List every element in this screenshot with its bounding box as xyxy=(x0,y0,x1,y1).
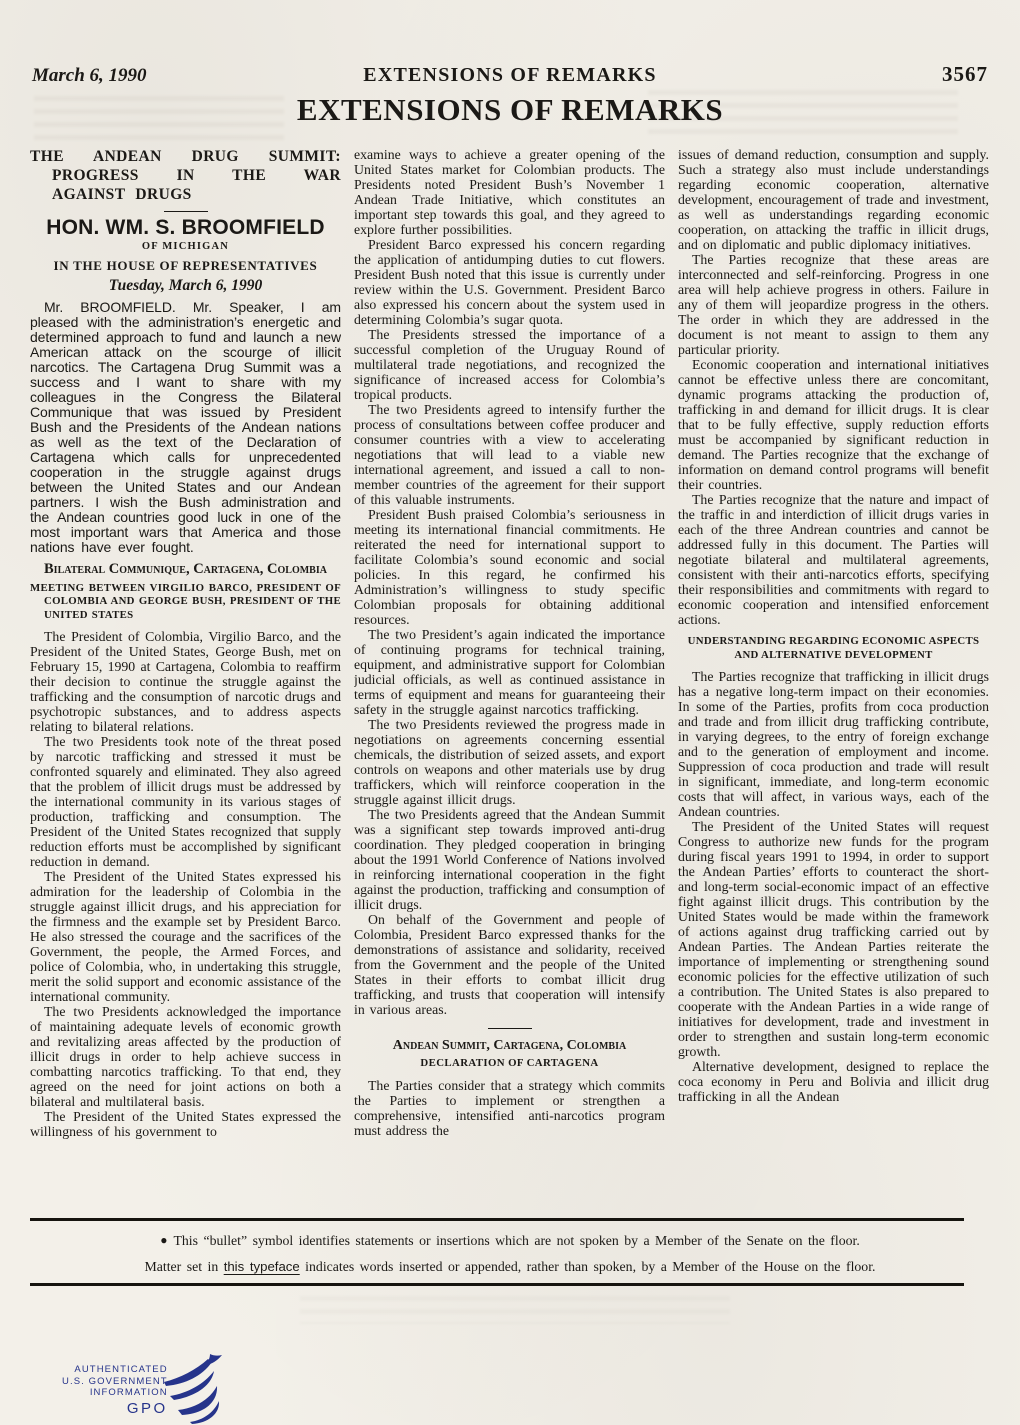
declaration-paragraph: issues of demand reduction, consumption … xyxy=(678,147,989,252)
communique-paragraph: President Bush praised Colombia’s seriou… xyxy=(354,507,665,627)
footer-rule-bottom xyxy=(30,1283,964,1286)
gpo-text-line: U.S. GOVERNMENT xyxy=(62,1376,168,1388)
article-columns: THE ANDEAN DRUG SUMMIT: PROGRESS IN THE … xyxy=(30,147,990,1215)
bullet-icon: ● xyxy=(160,1233,167,1247)
page-number: 3567 xyxy=(758,62,988,87)
section-divider xyxy=(488,1028,532,1029)
notice-line-2: Matter set in this typeface indicates wo… xyxy=(58,1254,962,1279)
bullet-notice: ●This “bullet” symbol identifies stateme… xyxy=(58,1228,962,1279)
communique-paragraph: The President of the United States expre… xyxy=(30,1109,341,1139)
communique-paragraph: The President of the United States expre… xyxy=(30,869,341,1004)
declaration-paragraph: The Parties recognize that the nature an… xyxy=(678,492,989,627)
communique-paragraph: President Barco expressed his concern re… xyxy=(354,237,665,327)
communique-paragraph: examine ways to achieve a greater openin… xyxy=(354,147,665,237)
column-1: THE ANDEAN DRUG SUMMIT: PROGRESS IN THE … xyxy=(30,147,341,1215)
column-2: examine ways to achieve a greater openin… xyxy=(354,147,665,1215)
communique-heading: Bilateral Communique, Cartagena, Colombi… xyxy=(40,561,331,578)
economic-aspects-heading: UNDERSTANDING REGARDING ECONOMIC ASPECTS… xyxy=(680,635,987,662)
declaration-paragraph: The Parties recognize that these areas a… xyxy=(678,252,989,357)
communique-paragraph: The two President’s again indicated the … xyxy=(354,627,665,717)
communique-paragraph: The two Presidents took note of the thre… xyxy=(30,734,341,869)
header-running-title: EXTENSIONS OF REMARKS xyxy=(262,64,758,87)
notice-line-2-suffix: indicates words inserted or appended, ra… xyxy=(300,1259,876,1274)
declaration-paragraph: Alternative development, designed to rep… xyxy=(678,1059,989,1104)
communique-paragraph: On behalf of the Government and people o… xyxy=(354,912,665,1017)
declaration-paragraph: Economic cooperation and international i… xyxy=(678,357,989,492)
communique-subheading: MEETING BETWEEN VIRGILIO BARCO, PRESIDEN… xyxy=(30,582,341,623)
notice-line-2-prefix: Matter set in xyxy=(145,1259,224,1274)
declaration-subheading: DECLARATION OF CARTAGENA xyxy=(354,1056,665,1071)
notice-line-1: ●This “bullet” symbol identifies stateme… xyxy=(58,1228,962,1254)
typeface-sample: this typeface xyxy=(224,1259,300,1274)
gpo-text-line: AUTHENTICATED xyxy=(62,1364,168,1376)
declaration-paragraph: The Parties consider that a strategy whi… xyxy=(354,1078,665,1138)
article-title: THE ANDEAN DRUG SUMMIT: PROGRESS IN THE … xyxy=(30,147,341,204)
section-main-title: EXTENSIONS OF REMARKS xyxy=(0,92,1020,128)
remarks-intro-paragraph: Mr. BROOMFIELD. Mr. Speaker, I am please… xyxy=(30,300,341,555)
notice-line-1-text: This “bullet” symbol identifies statemen… xyxy=(173,1233,859,1248)
title-divider xyxy=(164,211,208,212)
gpo-eagle-icon xyxy=(160,1352,224,1424)
sitting-date: Tuesday, March 6, 1990 xyxy=(30,278,341,293)
gpo-text-line: INFORMATION xyxy=(62,1387,168,1399)
communique-paragraph: The two Presidents acknowledged the impo… xyxy=(30,1004,341,1109)
gpo-authentication-text: AUTHENTICATED U.S. GOVERNMENT INFORMATIO… xyxy=(62,1364,168,1414)
header-date: March 6, 1990 xyxy=(32,65,262,87)
communique-paragraph: The Presidents stressed the importance o… xyxy=(354,327,665,402)
communique-paragraph: The two Presidents agreed that the Andea… xyxy=(354,807,665,912)
footer-rule-top xyxy=(30,1218,964,1221)
speaker-name: HON. WM. S. BROOMFIELD xyxy=(30,220,341,235)
gpo-label: GPO xyxy=(62,1403,168,1415)
page-header: March 6, 1990 EXTENSIONS OF REMARKS 3567 xyxy=(32,62,988,87)
gpo-authentication-logo: AUTHENTICATED U.S. GOVERNMENT INFORMATIO… xyxy=(62,1352,224,1424)
communique-paragraph: The two Presidents agreed to intensify f… xyxy=(354,402,665,507)
declaration-paragraph: The Parties recognize that trafficking i… xyxy=(678,669,989,819)
communique-paragraph: The two Presidents reviewed the progress… xyxy=(354,717,665,807)
bleed-through-artifact xyxy=(300,1296,730,1324)
congressional-record-page: March 6, 1990 EXTENSIONS OF REMARKS 3567… xyxy=(0,0,1020,1425)
speaker-state: OF MICHIGAN xyxy=(30,239,341,254)
andean-summit-heading: Andean Summit, Cartagena, Colombia xyxy=(354,1038,665,1053)
chamber-line: IN THE HOUSE OF REPRESENTATIVES xyxy=(30,258,341,273)
communique-paragraph: The President of Colombia, Virgilio Barc… xyxy=(30,629,341,734)
declaration-paragraph: The President of the United States will … xyxy=(678,819,989,1059)
column-3: issues of demand reduction, consumption … xyxy=(678,147,989,1215)
